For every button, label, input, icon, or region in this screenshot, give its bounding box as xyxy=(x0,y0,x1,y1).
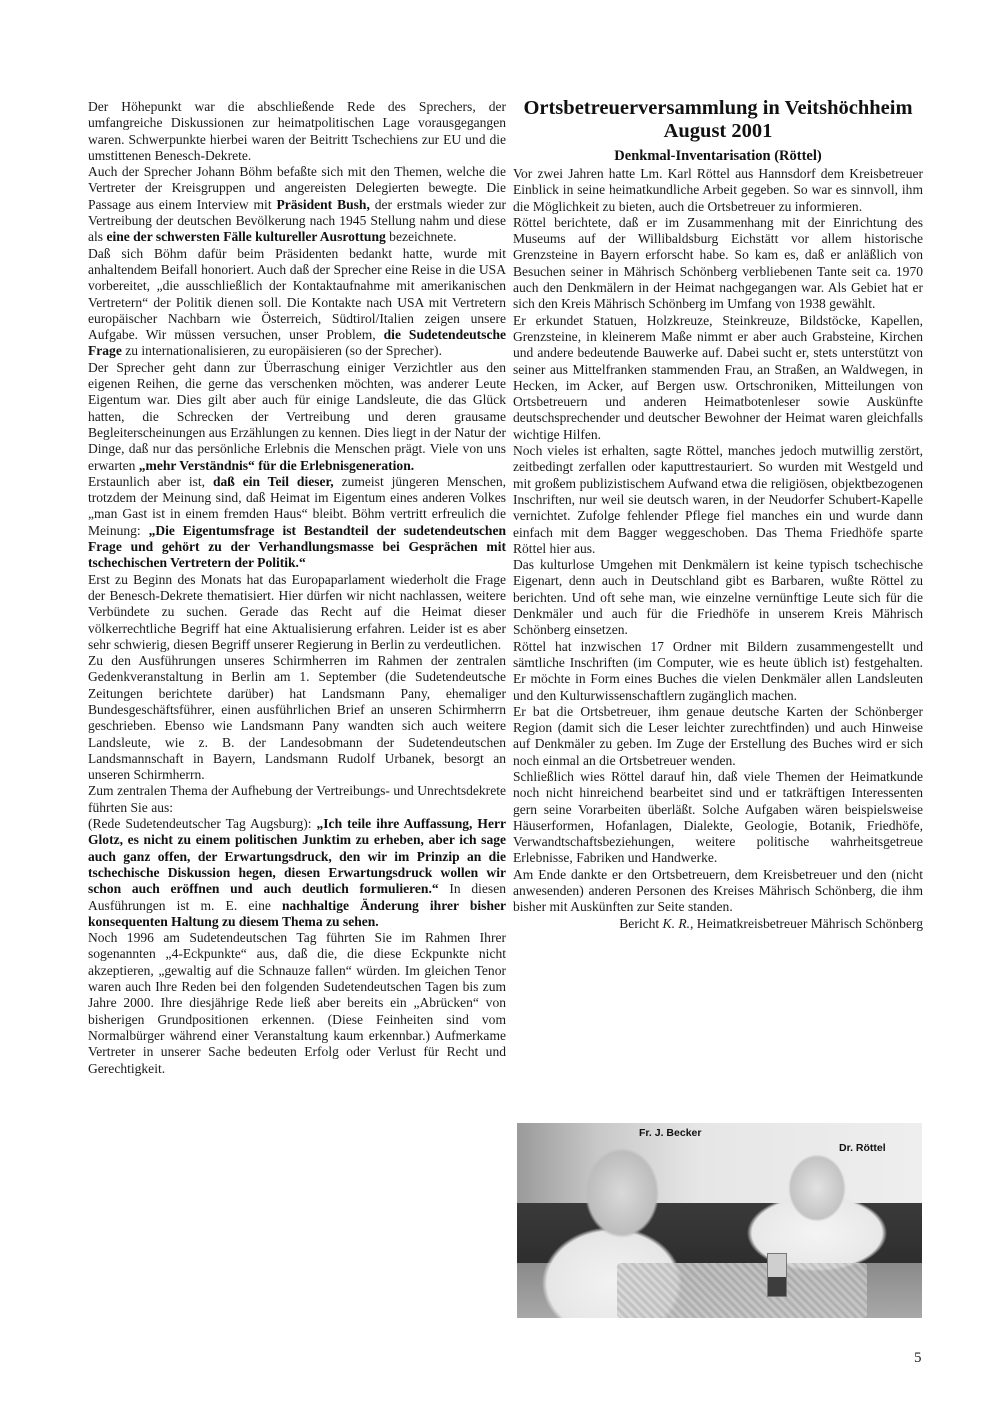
text: bezeichnete. xyxy=(386,229,457,244)
paragraph: Noch vieles ist erhalten, sagte Röttel, … xyxy=(513,443,923,557)
byline-prefix: Bericht xyxy=(619,916,662,931)
paragraph: Am Ende dankte er den Ortsbetreuern, dem… xyxy=(513,867,923,916)
paragraph: Auch der Sprecher Johann Böhm befaßte si… xyxy=(88,164,506,245)
text: Erst zu Beginn des Monats hat das Europa… xyxy=(88,572,506,652)
text: Zu den Ausführungen unseres Schirmherren… xyxy=(88,653,506,782)
paragraph: Der Höhepunkt war die abschließende Rede… xyxy=(88,99,506,164)
text: zu internationalisieren, zu europäisiere… xyxy=(122,343,442,358)
paragraph: Er erkundet Statuen, Holzkreuze, Steinkr… xyxy=(513,313,923,443)
text: Erstaunlich aber ist, xyxy=(88,474,213,489)
article-subheadline: Denkmal-Inventarisation (Röttel) xyxy=(513,148,923,165)
bold-text: eine der schwersten Fälle kultureller Au… xyxy=(106,229,385,244)
photo-caption-becker: Fr. J. Becker xyxy=(639,1127,701,1139)
headline-line-1: Ortsbetreuerversammlung in Veitshöchheim xyxy=(513,97,923,120)
paragraph: Noch 1996 am Sudetendeutschen Tag führte… xyxy=(88,930,506,1077)
article-headline: Ortsbetreuerversammlung in Veitshöchheim… xyxy=(513,97,923,143)
paragraph: Vor zwei Jahren hatte Lm. Karl Röttel au… xyxy=(513,166,923,215)
text: (Rede Sudetendeutscher Tag Augsburg): xyxy=(88,816,317,831)
article-byline: Bericht K. R., Heimatkreisbetreuer Mähri… xyxy=(513,916,923,932)
paragraph: Er bat die Ortsbetreuer, ihm genaue deut… xyxy=(513,704,923,769)
byline-initials: K. R. xyxy=(663,916,690,931)
bold-text: „Die Eigentumsfrage ist Bestandteil der … xyxy=(88,523,506,571)
paragraph: Zu den Ausführungen unseres Schirmherren… xyxy=(88,653,506,783)
photo-caption-roettel: Dr. Röttel xyxy=(839,1142,886,1154)
paragraph: Daß sich Böhm dafür beim Präsidenten bed… xyxy=(88,246,506,360)
paragraph: Das kulturlose Umgehen mit Denkmälern is… xyxy=(513,557,923,638)
text: Der Höhepunkt war die abschließende Rede… xyxy=(88,99,506,163)
bold-text: daß ein Teil dieser, xyxy=(213,474,334,489)
bold-text: „mehr Verständnis“ für die Erlebnisgener… xyxy=(139,458,414,473)
paragraph: Röttel berichtete, daß er im Zusammenhan… xyxy=(513,215,923,313)
headline-line-2: August 2001 xyxy=(513,120,923,143)
paragraph: Erst zu Beginn des Monats hat das Europa… xyxy=(88,572,506,653)
right-column-body: Vor zwei Jahren hatte Lm. Karl Röttel au… xyxy=(513,166,923,916)
paragraph: Schließlich wies Röttel darauf hin, daß … xyxy=(513,769,923,867)
byline-suffix: , Heimatkreisbetreuer Mährisch Schönberg xyxy=(690,916,923,931)
bold-text: Präsident Bush, xyxy=(276,197,369,212)
paragraph: Der Sprecher geht dann zur Überraschung … xyxy=(88,360,506,474)
paragraph: Zum zentralen Thema der Aufhebung der Ve… xyxy=(88,783,506,816)
text: Noch 1996 am Sudetendeutschen Tag führte… xyxy=(88,930,506,1075)
right-column-article: Ortsbetreuerversammlung in Veitshöchheim… xyxy=(513,97,923,932)
group-photo: Fr. J. Becker Dr. Röttel xyxy=(517,1123,922,1318)
paragraph: Erstaunlich aber ist, daß ein Teil diese… xyxy=(88,474,506,572)
page-number: 5 xyxy=(914,1350,922,1367)
left-column-article: Der Höhepunkt war die abschließende Rede… xyxy=(88,99,506,1077)
paragraph: Röttel hat inzwischen 17 Ordner mit Bild… xyxy=(513,639,923,704)
paragraph: (Rede Sudetendeutscher Tag Augsburg): „I… xyxy=(88,816,506,930)
text: Zum zentralen Thema der Aufhebung der Ve… xyxy=(88,783,506,814)
photo-table xyxy=(617,1263,867,1318)
photo-glass xyxy=(767,1253,787,1297)
text: Der Sprecher geht dann zur Überraschung … xyxy=(88,360,506,473)
